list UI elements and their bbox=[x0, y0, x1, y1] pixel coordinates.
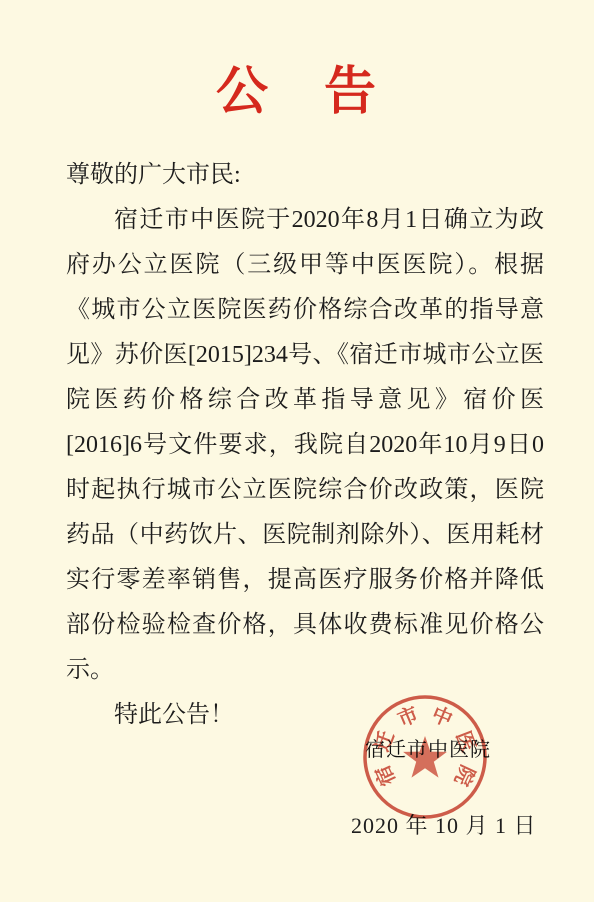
seal-ring-char: 宿 bbox=[370, 761, 400, 789]
seal-star-icon bbox=[403, 736, 447, 778]
notice-body: 尊敬的广大市民: 宿迁市中医院于2020年8月1日确立为政府办公立医院（三级甲等… bbox=[66, 153, 544, 738]
seal-ring-char: 市 bbox=[394, 702, 422, 732]
notice-title: 公 告 bbox=[0, 60, 594, 125]
official-seal: 宿 迁 市 中 医 院 bbox=[345, 677, 505, 837]
seal-ring-char: 医 bbox=[451, 728, 480, 755]
notice-document: 公 告 尊敬的广大市民: 宿迁市中医院于2020年8月1日确立为政府办公立医院（… bbox=[0, 0, 594, 902]
salutation: 尊敬的广大市民: bbox=[66, 153, 544, 198]
seal-ring-char: 院 bbox=[450, 761, 480, 789]
seal-ring-char: 中 bbox=[428, 702, 456, 732]
notice-paragraph-main: 宿迁市中医院于2020年8月1日确立为政府办公立医院（三级甲等中医医院）。根据《… bbox=[66, 198, 544, 693]
seal-ring-char: 迁 bbox=[370, 728, 399, 755]
